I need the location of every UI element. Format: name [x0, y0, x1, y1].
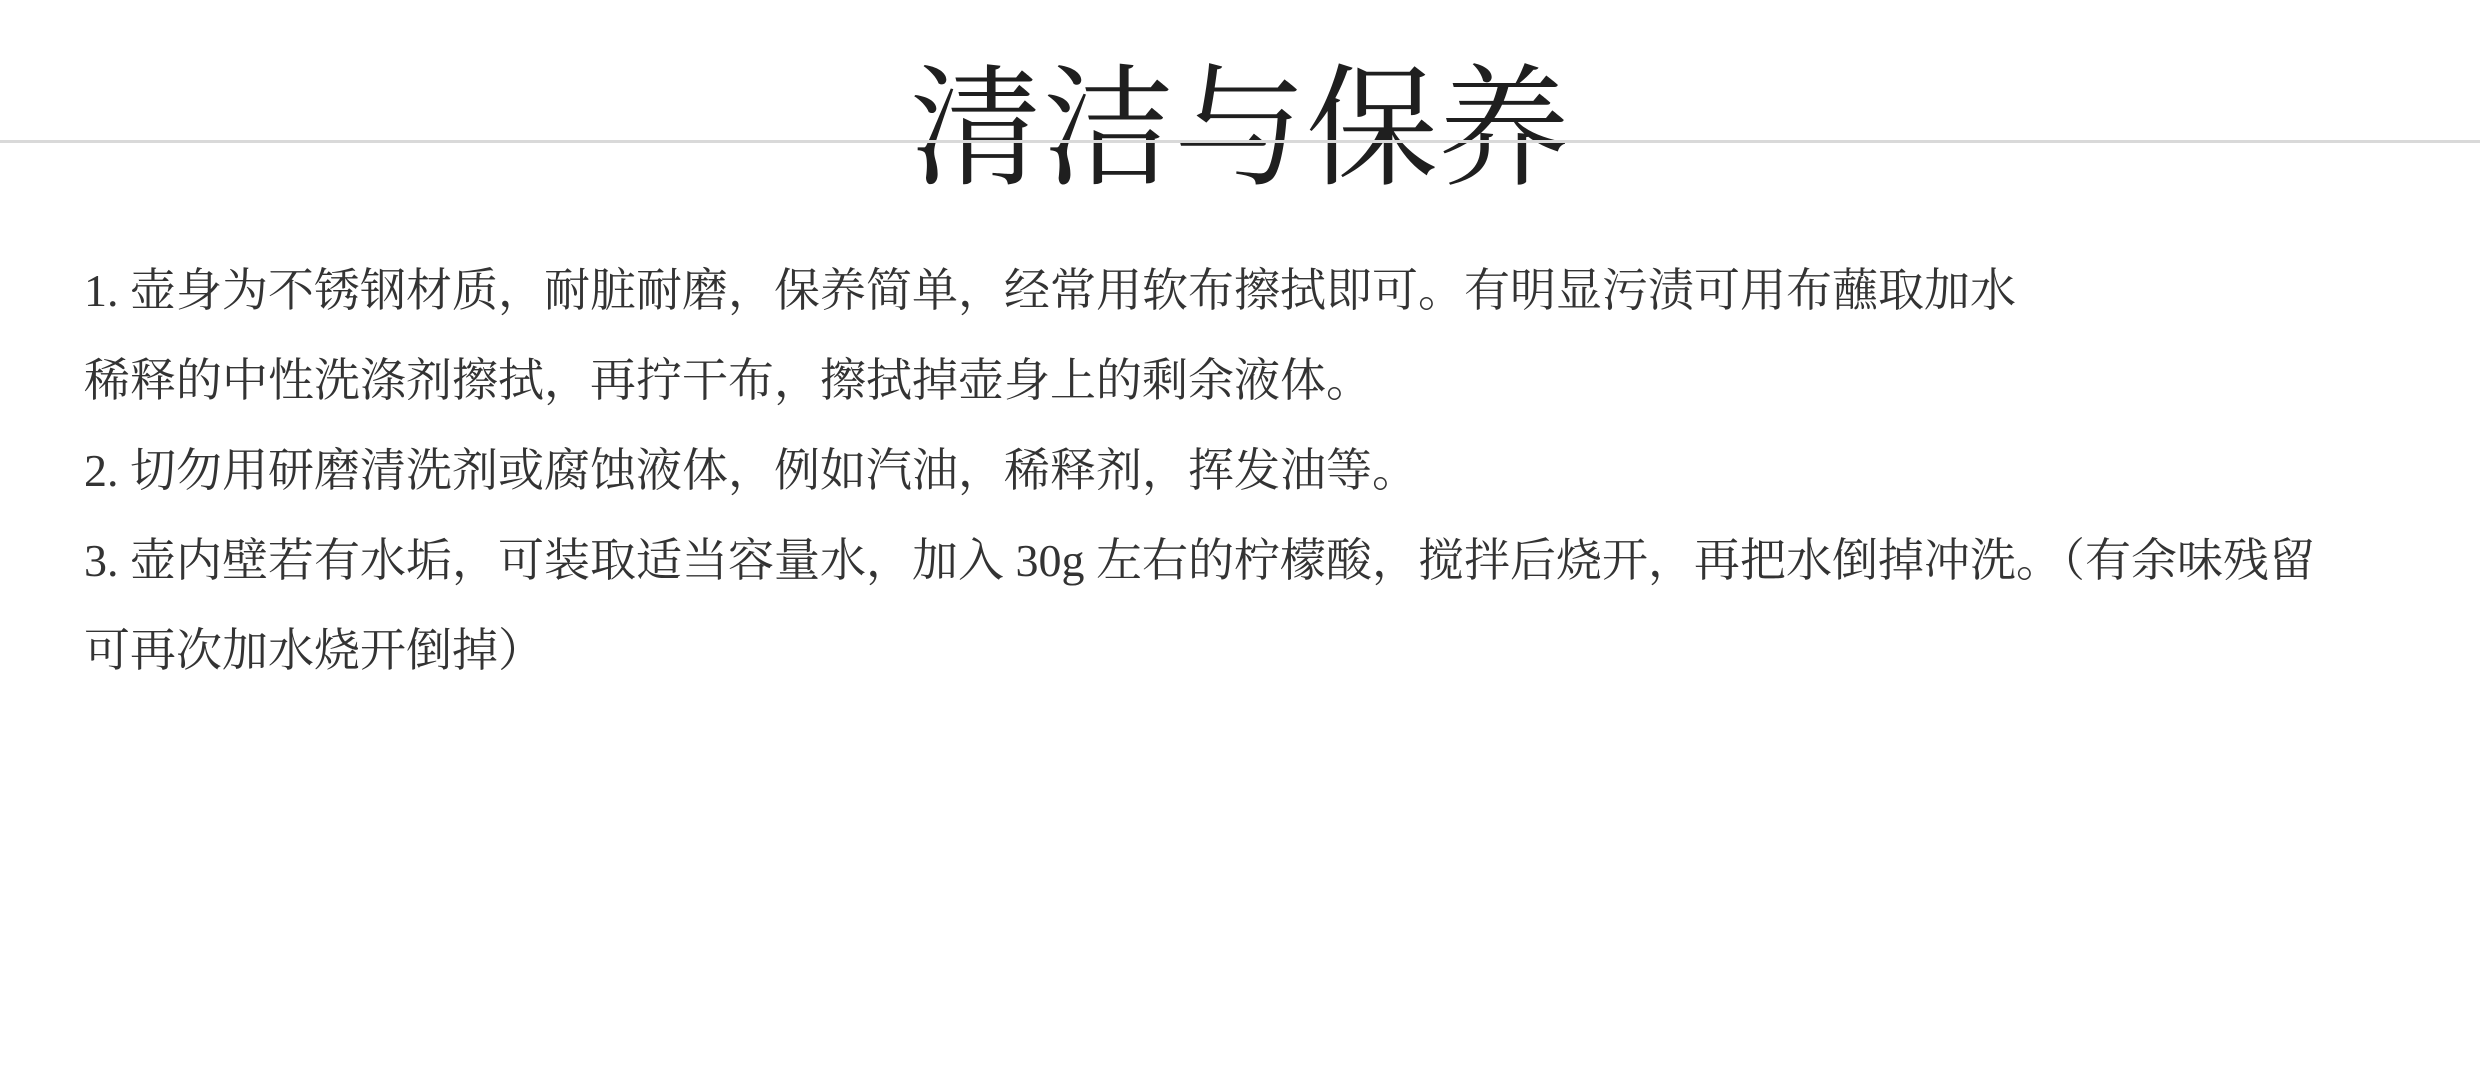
care-instruction-line-3: 2. 切勿用研磨清洗剂或腐蚀液体，例如汽油，稀释剂，挥发油等。 [84, 426, 2480, 516]
care-instruction-line-1: 1. 壶身为不锈钢材质，耐脏耐磨，保养简单，经常用软布擦拭即可。有明显污渍可用布… [84, 246, 2480, 336]
horizontal-divider [0, 140, 2480, 143]
care-instruction-line-2: 稀释的中性洗涤剂擦拭，再拧干布，擦拭掉壶身上的剩余液体。 [84, 336, 2480, 426]
page-title: 清洁与保养 [0, 64, 2480, 196]
care-instruction-line-4: 3. 壶内壁若有水垢，可装取适当容量水，加入 30g 左右的柠檬酸，搅拌后烧开，… [84, 516, 2480, 606]
care-instruction-line-5: 可再次加水烧开倒掉） [84, 606, 2480, 696]
care-instructions: 1. 壶身为不锈钢材质，耐脏耐磨，保养简单，经常用软布擦拭即可。有明显污渍可用布… [84, 246, 2480, 696]
care-and-maintenance-page: 清洁与保养 1. 壶身为不锈钢材质，耐脏耐磨，保养简单，经常用软布擦拭即可。有明… [0, 0, 2480, 1068]
